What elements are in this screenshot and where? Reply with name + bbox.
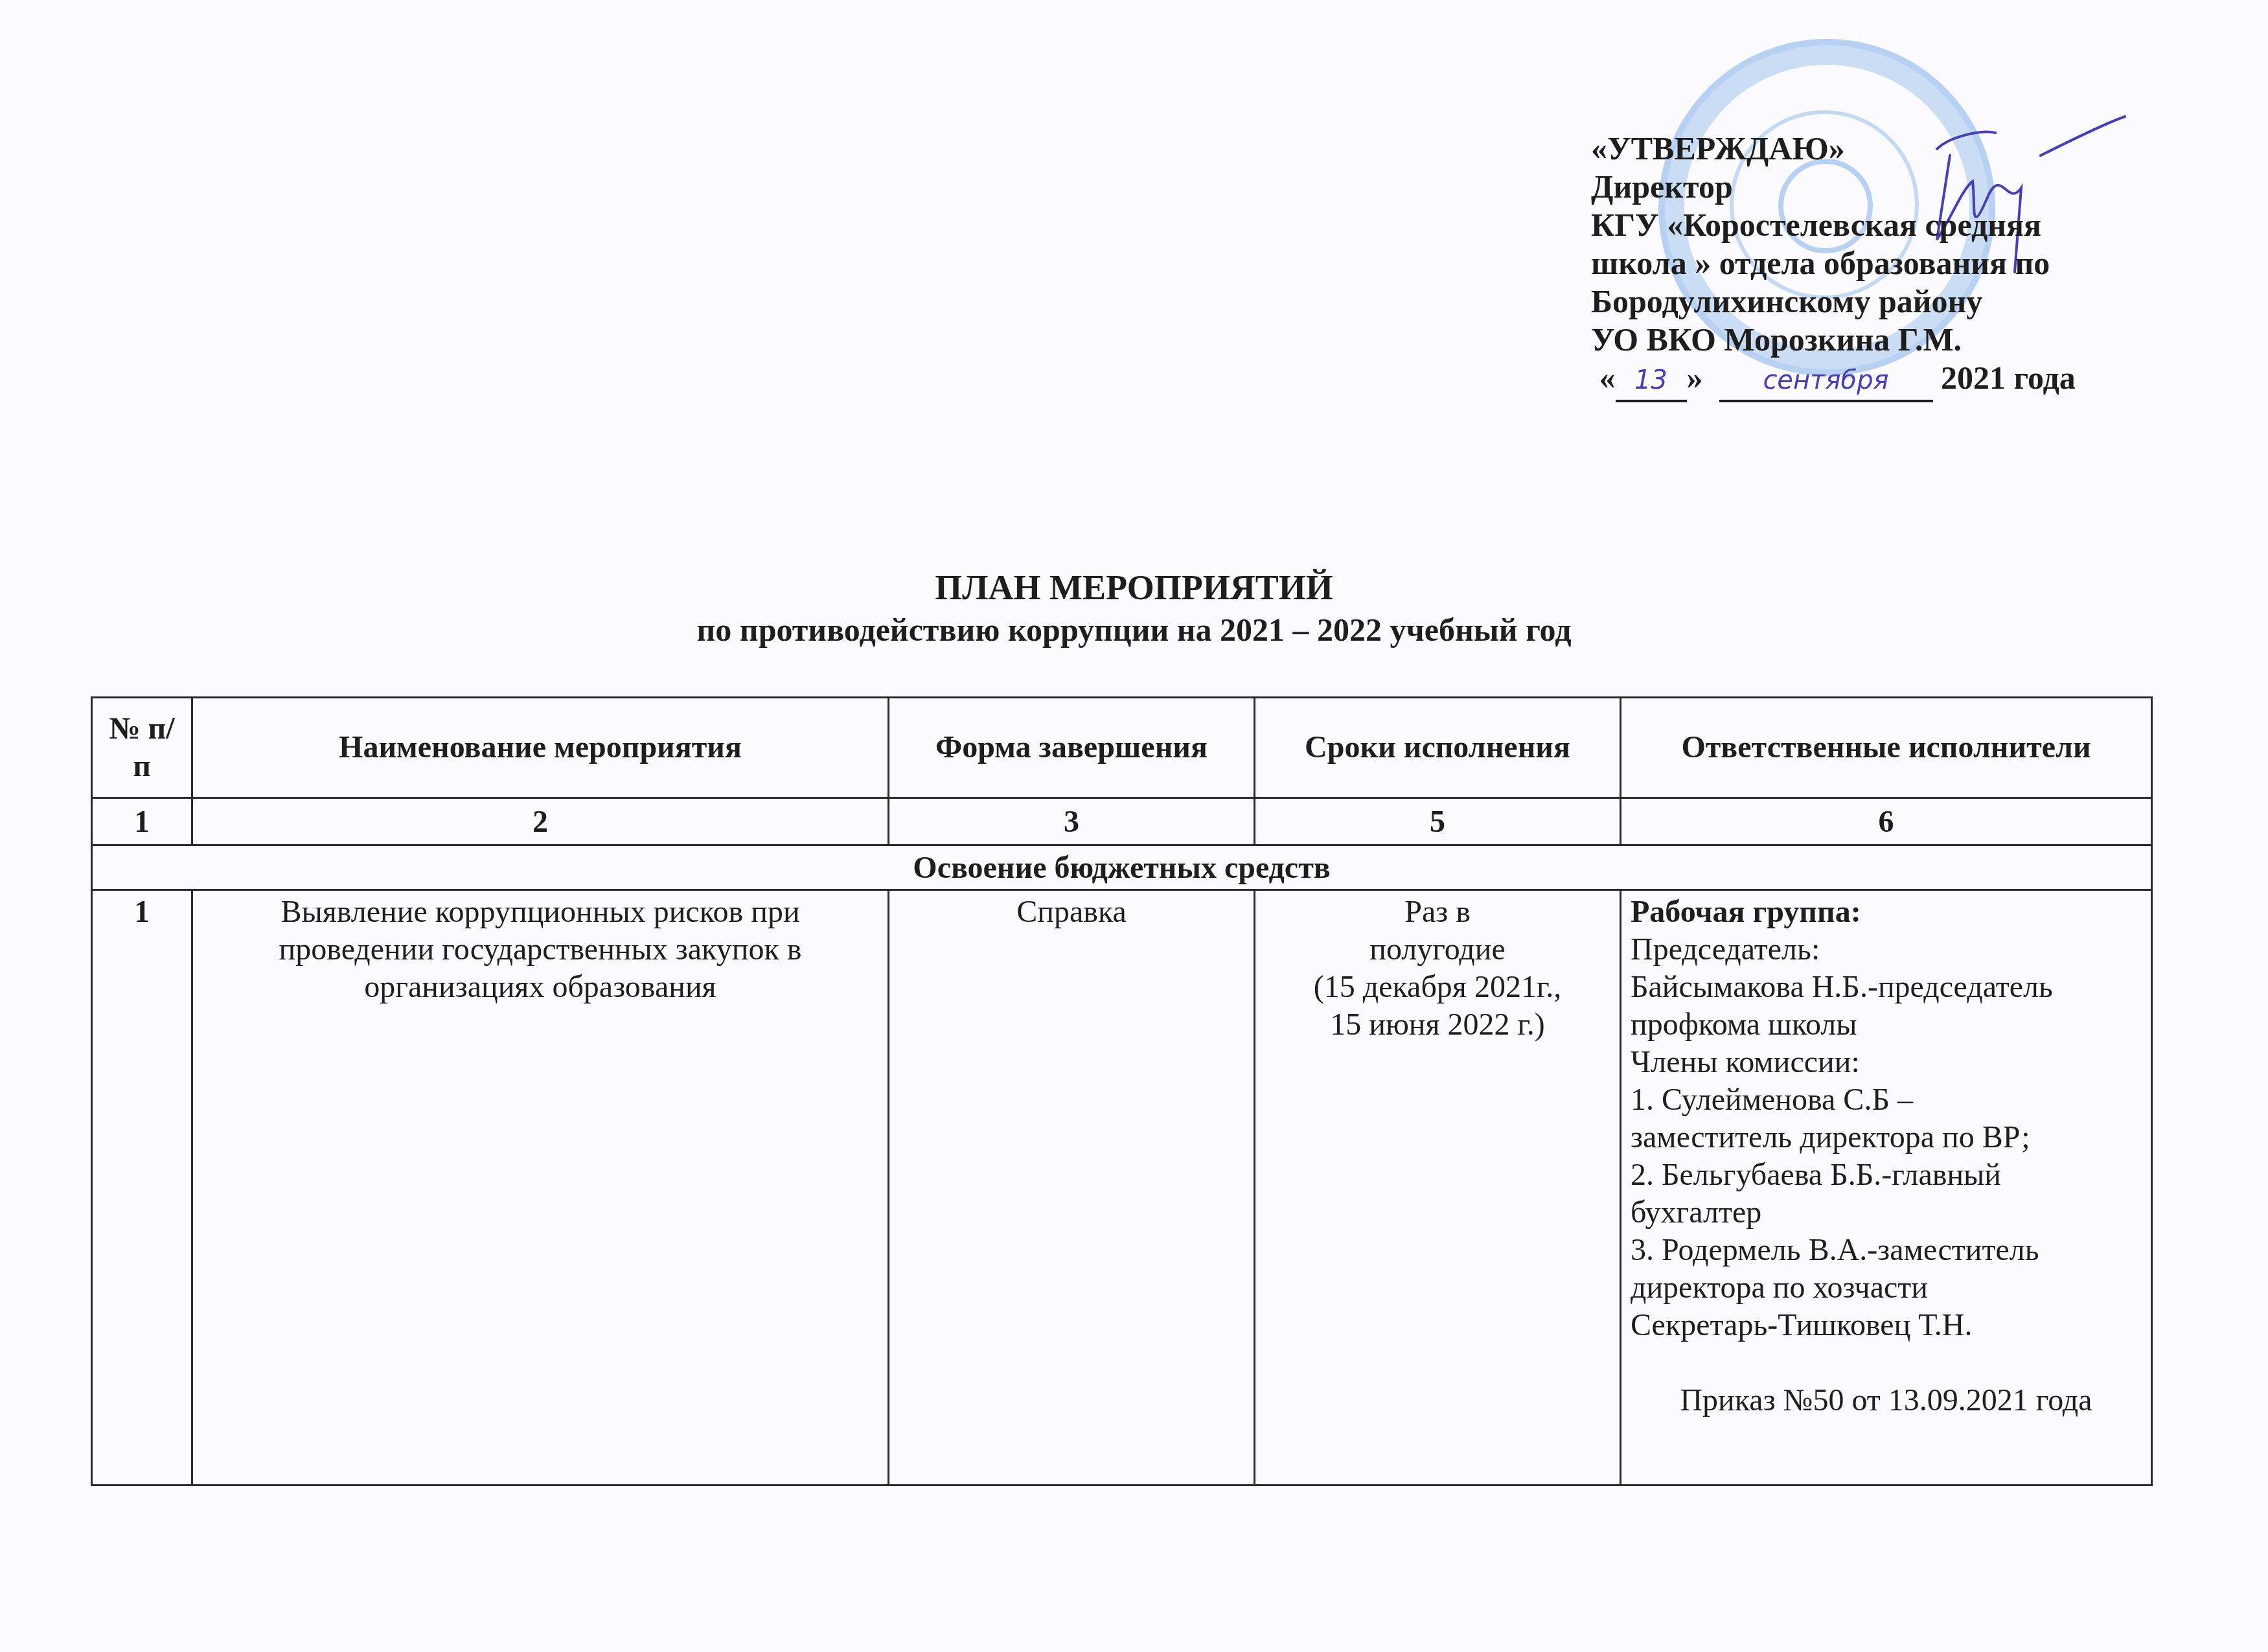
approval-block: «УТВЕРЖДАЮ» Директор КГУ «Коростелевская… xyxy=(1591,130,2076,402)
approval-line: Директор xyxy=(1591,168,2076,206)
approval-heading: «УТВЕРЖДАЮ» xyxy=(1591,130,2076,168)
responsible-line: Секретарь-Тишковец Т.Н. xyxy=(1631,1307,2142,1344)
date-month-handwritten: сентября xyxy=(1719,361,1933,402)
order-reference: Приказ №50 от 13.09.2021 года xyxy=(1631,1382,2142,1419)
working-group-heading: Рабочая группа: xyxy=(1631,893,2142,931)
row-deadline: Раз в полугодие (15 декабря 2021г., 15 и… xyxy=(1255,890,1621,1486)
responsible-line: Председатель: xyxy=(1631,931,2142,969)
header-event-name: Наименование мероприятия xyxy=(192,698,889,798)
responsible-line: Члены комиссии: xyxy=(1631,1044,2142,1081)
table-row: 1 Выявление коррупционных рисков при про… xyxy=(92,890,2152,1486)
approval-line: УО ВКО Морозкина Г.М. xyxy=(1591,321,2076,359)
date-open-quote: « xyxy=(1599,360,1616,396)
responsible-line: директора по хозчасти xyxy=(1631,1269,2142,1307)
responsible-line: бухгалтер xyxy=(1631,1194,2142,1232)
header-completion-form: Форма завершения xyxy=(889,698,1255,798)
row-event-name: Выявление коррупционных рисков при прове… xyxy=(192,890,889,1486)
deadline-line: полугодие xyxy=(1265,931,1610,969)
responsible-line: 1. Сулейменова С.Б – xyxy=(1631,1081,2142,1119)
date-year: 2021 года xyxy=(1941,360,2076,396)
row-responsible: Рабочая группа: Председатель: Байсымаков… xyxy=(1621,890,2152,1486)
responsible-line: профкома школы xyxy=(1631,1006,2142,1044)
deadline-line: (15 декабря 2021г., xyxy=(1265,969,1610,1006)
responsible-line: 2. Бельгубаева Б.Б.-главный xyxy=(1631,1156,2142,1194)
date-close-quote: » xyxy=(1687,360,1703,396)
column-number-row: 1 2 3 5 6 xyxy=(92,798,2152,845)
row-number: 1 xyxy=(92,890,192,1486)
document-subtitle: по противодействию коррупции на 2021 – 2… xyxy=(0,611,2268,648)
column-number: 2 xyxy=(192,798,889,845)
responsible-line: заместитель директора по ВР; xyxy=(1631,1119,2142,1156)
header-deadline: Сроки исполнения xyxy=(1255,698,1621,798)
plan-table: № п/п Наименование мероприятия Форма зав… xyxy=(91,696,2153,1486)
header-responsible: Ответственные исполнители xyxy=(1621,698,2152,798)
column-number: 5 xyxy=(1255,798,1621,845)
column-number: 3 xyxy=(889,798,1255,845)
column-number: 6 xyxy=(1621,798,2152,845)
document-title: ПЛАН МЕРОПРИЯТИЙ xyxy=(0,568,2268,608)
row-completion-form: Справка xyxy=(889,890,1255,1486)
column-number: 1 xyxy=(92,798,192,845)
deadline-line: 15 июня 2022 г.) xyxy=(1265,1006,1610,1044)
approval-line: КГУ «Коростелевская средняя xyxy=(1591,206,2076,244)
approval-line: школа » отдела образования по xyxy=(1591,244,2076,282)
table-header-row: № п/п Наименование мероприятия Форма зав… xyxy=(92,698,2152,798)
approval-line: Бородулихинскому району xyxy=(1591,282,2076,321)
section-row: Освоение бюджетных средств xyxy=(92,845,2152,890)
approval-date: «13» сентября 2021 года xyxy=(1591,359,2076,402)
deadline-line: Раз в xyxy=(1265,893,1610,931)
date-day-handwritten: 13 xyxy=(1616,361,1687,402)
responsible-line: Байсымакова Н.Б.-председатель xyxy=(1631,969,2142,1006)
section-title: Освоение бюджетных средств xyxy=(92,845,2152,890)
responsible-line: 3. Родермель В.А.-заместитель xyxy=(1631,1232,2142,1269)
header-number: № п/п xyxy=(92,698,192,798)
